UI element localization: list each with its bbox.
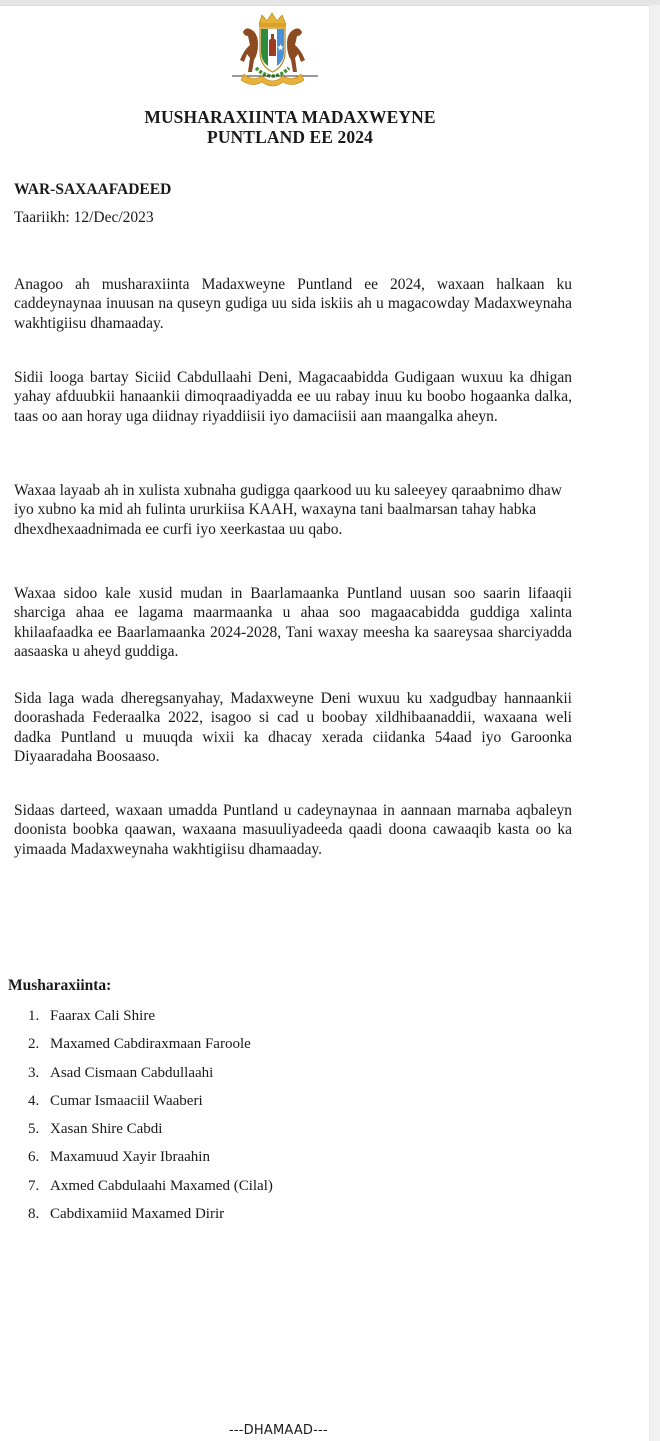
list-number: 4. xyxy=(28,1090,50,1118)
list-item: 4.Cumar Ismaaciil Waaberi xyxy=(28,1090,273,1118)
list-item: 1.Faarax Cali Shire xyxy=(28,1005,273,1033)
candidate-name: Maxamed Cabdiraxmaan Faroole xyxy=(50,1033,251,1061)
list-number: 5. xyxy=(28,1118,50,1146)
paragraph-6: Sidaas darteed, waxaan umadda Puntland u… xyxy=(14,801,572,860)
document-page: MUSHARAXIINTA MADAXWEYNE PUNTLAND EE 202… xyxy=(0,6,649,1441)
list-number: 1. xyxy=(28,1005,50,1033)
paragraph-2: Sidii looga bartay Siciid Cabdullaahi De… xyxy=(14,368,572,427)
press-release-label: WAR-SAXAAFADEED xyxy=(14,181,171,199)
candidates-list: 1.Faarax Cali Shire 2.Maxamed Cabdiraxma… xyxy=(28,1005,273,1231)
list-item: 6.Maxamuud Xayir Ibraahin xyxy=(28,1146,273,1174)
paragraph-3: Waxaa layaab ah in xulista xubnaha gudig… xyxy=(14,481,572,540)
candidate-name: Axmed Cabdulaahi Maxamed (Cilal) xyxy=(50,1175,273,1203)
list-item: 7.Axmed Cabdulaahi Maxamed (Cilal) xyxy=(28,1175,273,1203)
list-item: 5.Xasan Shire Cabdi xyxy=(28,1118,273,1146)
list-item: 2.Maxamed Cabdiraxmaan Faroole xyxy=(28,1033,273,1061)
list-item: 3.Asad Cismaan Cabdullaahi xyxy=(28,1062,273,1090)
paragraph-1: Anagoo ah musharaxiinta Madaxweyne Puntl… xyxy=(14,275,572,334)
coat-of-arms-icon xyxy=(222,10,328,96)
candidate-name: Faarax Cali Shire xyxy=(50,1005,155,1033)
document-title: MUSHARAXIINTA MADAXWEYNE PUNTLAND EE 202… xyxy=(0,107,580,147)
list-number: 2. xyxy=(28,1033,50,1061)
title-line-1: MUSHARAXIINTA MADAXWEYNE xyxy=(0,107,580,127)
candidate-name: Cabdixamiid Maxamed Dirir xyxy=(50,1203,224,1231)
title-line-2: PUNTLAND EE 2024 xyxy=(0,127,580,147)
list-number: 7. xyxy=(28,1175,50,1203)
paragraph-4: Waxaa sidoo kale xusid mudan in Baarlama… xyxy=(14,584,572,662)
candidates-heading: Musharaxiinta: xyxy=(8,977,111,995)
candidate-name: Cumar Ismaaciil Waaberi xyxy=(50,1090,203,1118)
end-marker: ---DHAMAAD--- xyxy=(229,1423,328,1438)
list-number: 3. xyxy=(28,1062,50,1090)
date-line: Taariikh: 12/Dec/2023 xyxy=(14,209,154,227)
list-number: 6. xyxy=(28,1146,50,1174)
list-item: 8.Cabdixamiid Maxamed Dirir xyxy=(28,1203,273,1231)
paragraph-5: Sida laga wada dheregsanyahay, Madaxweyn… xyxy=(14,689,572,767)
scrollbar-track[interactable] xyxy=(649,5,660,1441)
candidate-name: Maxamuud Xayir Ibraahin xyxy=(50,1146,210,1174)
candidate-name: Xasan Shire Cabdi xyxy=(50,1118,162,1146)
candidate-name: Asad Cismaan Cabdullaahi xyxy=(50,1062,213,1090)
list-number: 8. xyxy=(28,1203,50,1231)
